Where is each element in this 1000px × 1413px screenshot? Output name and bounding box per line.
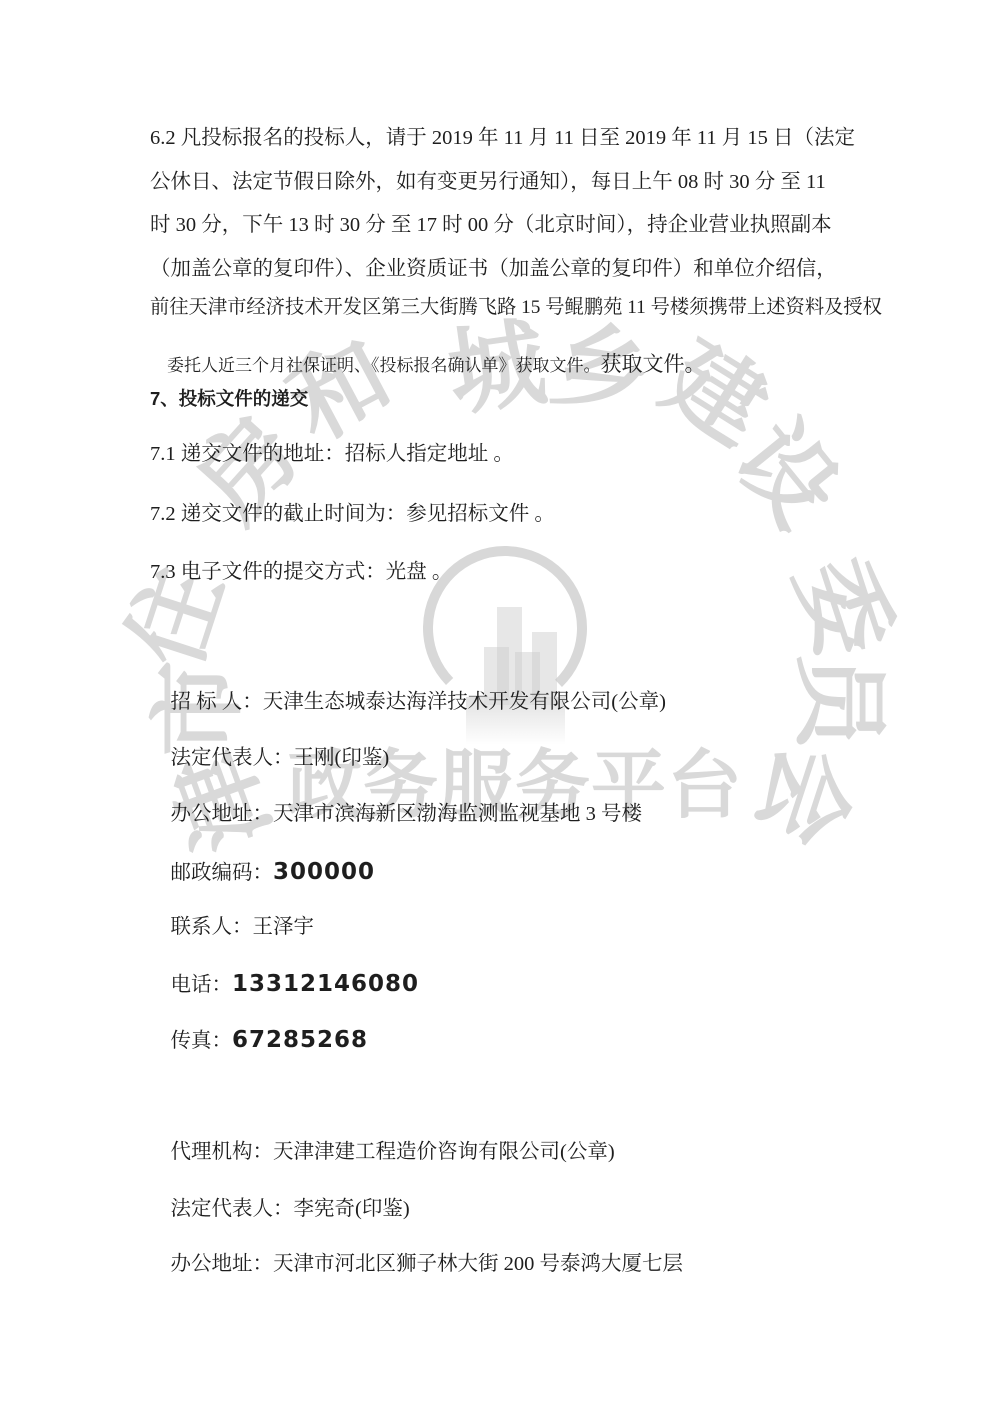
watermark-ring-char: 会: [744, 736, 865, 857]
paragraph-6-2-tail: 获取文件。: [601, 352, 706, 376]
field-value: 天津市滨海新区渤海监测监视基地 3 号楼: [273, 803, 642, 825]
paragraph-6-2-line: 委托人近三个月社保证明、《投标报名确认单》获取文件。获取文件。: [150, 332, 706, 395]
field-label: 办公地址：: [171, 1253, 274, 1275]
field-value: 300000: [273, 859, 375, 885]
field-value: 天津生态城泰达海洋技术开发有限公司(公章): [263, 691, 666, 713]
field-value: 13312146080: [232, 971, 419, 997]
field-label: 法定代表人：: [171, 747, 294, 769]
field-label: 招 标 人：: [171, 691, 263, 713]
field-value: 王泽宇: [253, 916, 315, 938]
field-value: 李宪奇(印鉴): [294, 1198, 410, 1220]
field-label: 邮政编码：: [171, 862, 274, 884]
paragraph-6-2-line-text: 委托人近三个月社保证明、《投标报名确认单》获取文件。: [167, 356, 601, 375]
bidder-row: 传真：67285268: [150, 1003, 368, 1077]
section-7-heading: 7、投标文件的递交: [150, 388, 308, 409]
field-value: 天津津建工程造价咨询有限公司(公章): [273, 1141, 615, 1163]
field-label: 联系人：: [171, 916, 253, 938]
document-page: 津 市 住 房 和 城 乡 建 设 委 员 会 政务服务平台: [0, 0, 1000, 1413]
field-label: 法定代表人：: [171, 1198, 294, 1220]
paragraph-6-2-line: 6.2 凡投标报名的投标人，请于 2019 年 11 月 11 日至 2019 …: [150, 127, 855, 151]
paragraph-6-2-line: 时 30 分，下午 13 时 30 分 至 17 时 00 分（北京时间），持企…: [150, 214, 832, 238]
field-label: 办公地址：: [171, 803, 274, 825]
field-label: 代理机构：: [171, 1141, 274, 1163]
watermark-ring-char: 员: [791, 653, 887, 749]
paragraph-6-2-line: 前往天津市经济技术开发区第三大街腾飞路 15 号鲲鹏苑 11 号楼须携带上述资料…: [150, 297, 882, 319]
paragraph-6-2-line: 公休日、法定节假日除外，如有变更另行通知），每日上午 08 时 30 分 至 1…: [150, 171, 826, 195]
section-7-item: 7.2 递交文件的截止时间为：参见招标文件 。: [150, 503, 555, 527]
section-7-item: 7.3 电子文件的提交方式：光盘 。: [150, 561, 452, 585]
field-value: 王刚(印鉴): [294, 747, 390, 769]
agency-row: 办公地址：天津市河北区狮子林大街 200 号泰鸿大厦七层: [150, 1229, 683, 1300]
watermark-ring-char: 设: [719, 406, 854, 541]
field-value: 天津市河北区狮子林大街 200 号泰鸿大厦七层: [273, 1253, 683, 1275]
section-7-item: 7.1 递交文件的地址：招标人指定地址 。: [150, 443, 514, 467]
field-value: 67285268: [232, 1027, 368, 1053]
watermark-ring-char: 委: [783, 547, 904, 668]
field-label: 电话：: [171, 974, 233, 996]
paragraph-6-2-line: （加盖公章的复印件）、企业资质证书（加盖公章的复印件）和单位介绍信，: [150, 258, 837, 282]
field-label: 传真：: [171, 1030, 233, 1052]
